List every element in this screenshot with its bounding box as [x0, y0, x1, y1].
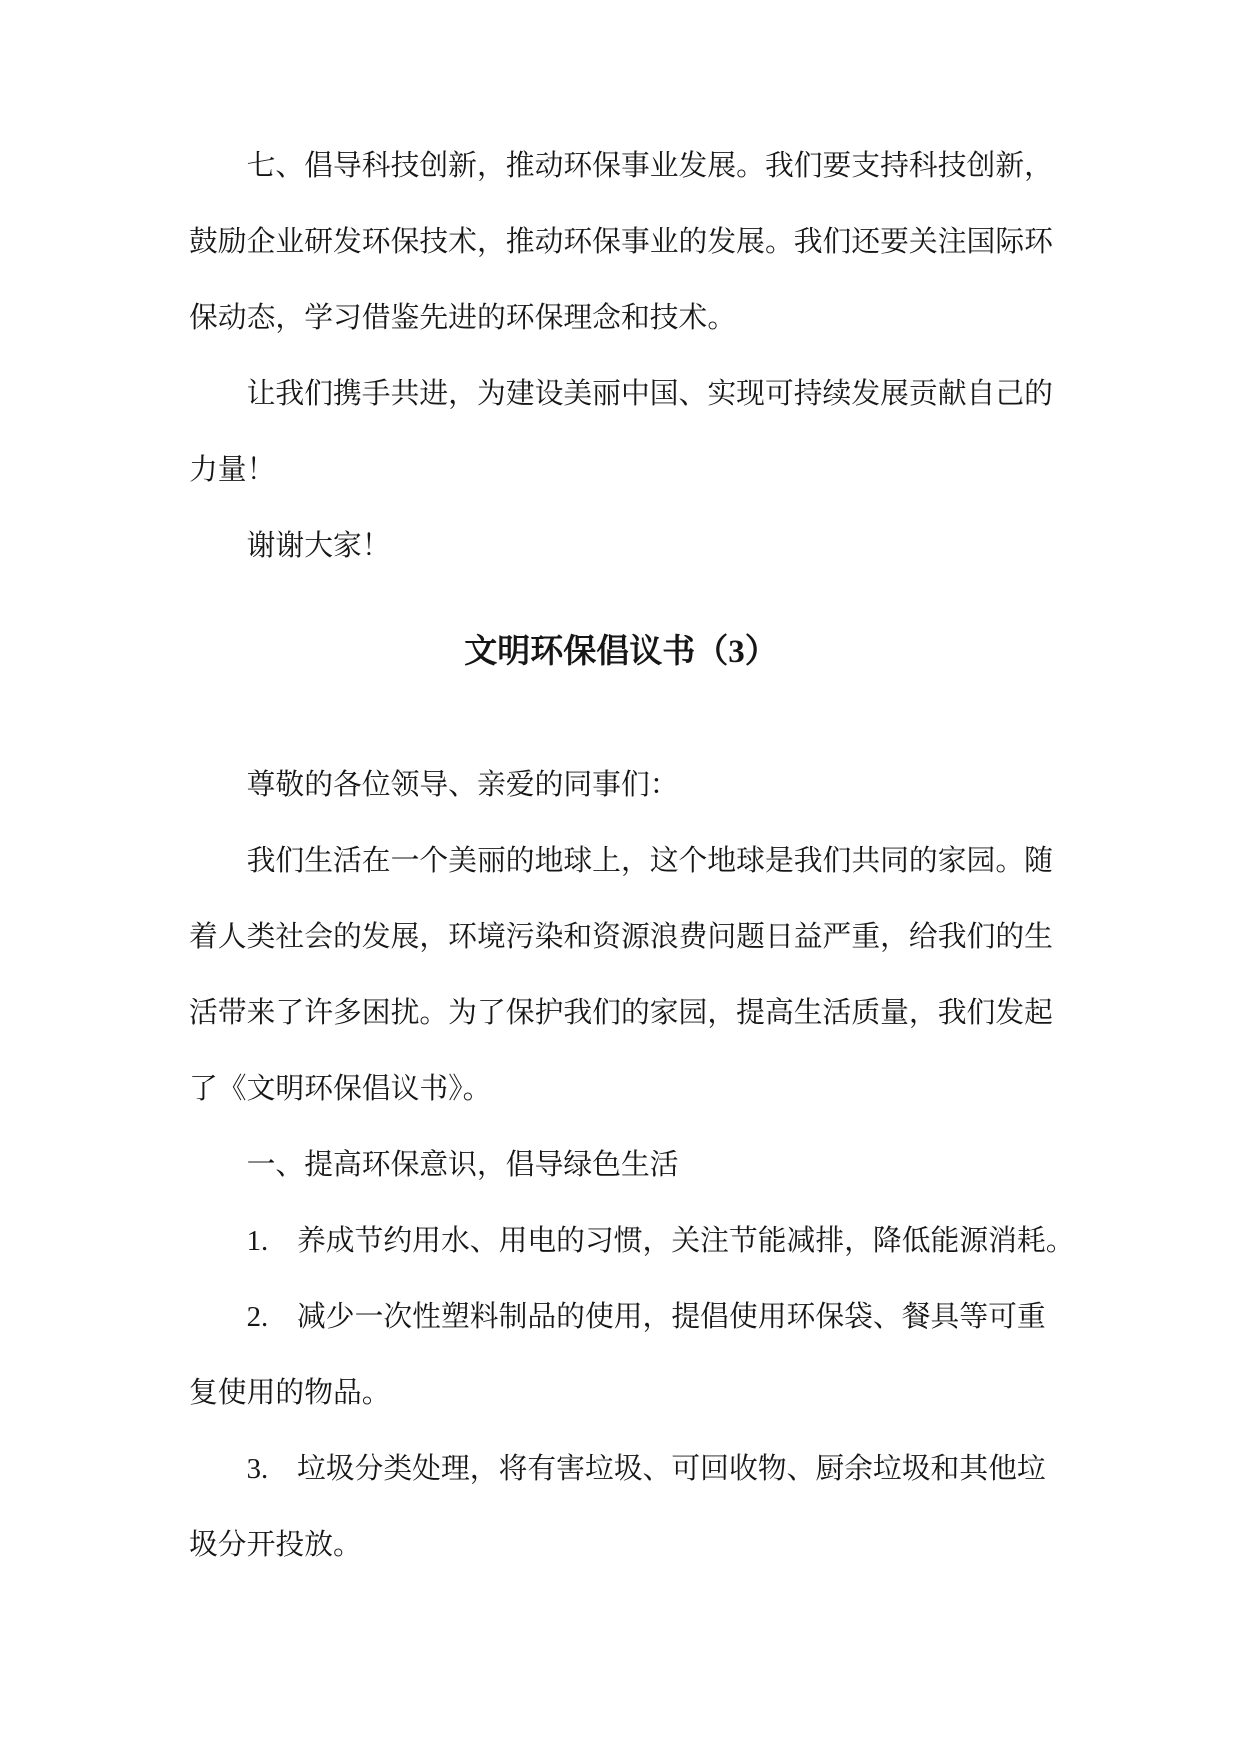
text-line: 圾分开投放。: [189, 1507, 1053, 1583]
text-line: 我们生活在一个美丽的地球上，这个地球是我们共同的家园。随: [189, 823, 1053, 899]
paragraph: 谢谢大家！: [189, 508, 1053, 584]
paragraph: 3. 垃圾分类处理，将有害垃圾、可回收物、厨余垃圾和其他垃圾分开投放。: [189, 1431, 1053, 1583]
paragraph: 七、倡导科技创新，推动环保事业发展。我们要支持科技创新，鼓励企业研发环保技术，推…: [189, 128, 1053, 356]
document-page: 七、倡导科技创新，推动环保事业发展。我们要支持科技创新，鼓励企业研发环保技术，推…: [0, 0, 1241, 1754]
text-line: 尊敬的各位领导、亲爱的同事们：: [189, 747, 1053, 823]
paragraph: 让我们携手共进，为建设美丽中国、实现可持续发展贡献自己的力量！: [189, 356, 1053, 508]
paragraph: 1. 养成节约用水、用电的习惯，关注节能减排，降低能源消耗。: [189, 1203, 1053, 1279]
text-line: 复使用的物品。: [189, 1355, 1053, 1431]
text-line: 一、提高环保意识，倡导绿色生活: [189, 1127, 1053, 1203]
paragraph: 一、提高环保意识，倡导绿色生活: [189, 1127, 1053, 1203]
text-line: 着人类社会的发展，环境污染和资源浪费问题日益严重，给我们的生: [189, 899, 1053, 975]
text-line: 七、倡导科技创新，推动环保事业发展。我们要支持科技创新，: [189, 128, 1053, 204]
text-line: 保动态，学习借鉴先进的环保理念和技术。: [189, 280, 1053, 356]
paragraph: 我们生活在一个美丽的地球上，这个地球是我们共同的家园。随着人类社会的发展，环境污…: [189, 823, 1053, 1127]
text-line: 谢谢大家！: [189, 508, 1053, 584]
text-line: 了《文明环保倡议书》。: [189, 1051, 1053, 1127]
text-line: 3. 垃圾分类处理，将有害垃圾、可回收物、厨余垃圾和其他垃: [189, 1431, 1053, 1507]
paragraph: 尊敬的各位领导、亲爱的同事们：: [189, 747, 1053, 823]
text-line: 力量！: [189, 432, 1053, 508]
text-line: 2. 减少一次性塑料制品的使用，提倡使用环保袋、餐具等可重: [189, 1279, 1053, 1355]
text-line: 鼓励企业研发环保技术，推动环保事业的发展。我们还要关注国际环: [189, 204, 1053, 280]
text-line: 活带来了许多困扰。为了保护我们的家园，提高生活质量，我们发起: [189, 975, 1053, 1051]
text-line: 1. 养成节约用水、用电的习惯，关注节能减排，降低能源消耗。: [189, 1203, 1053, 1279]
text-line: 让我们携手共进，为建设美丽中国、实现可持续发展贡献自己的: [189, 356, 1053, 432]
section-heading: 文明环保倡议书（3）: [189, 614, 1053, 690]
paragraph: 2. 减少一次性塑料制品的使用，提倡使用环保袋、餐具等可重复使用的物品。: [189, 1279, 1053, 1431]
